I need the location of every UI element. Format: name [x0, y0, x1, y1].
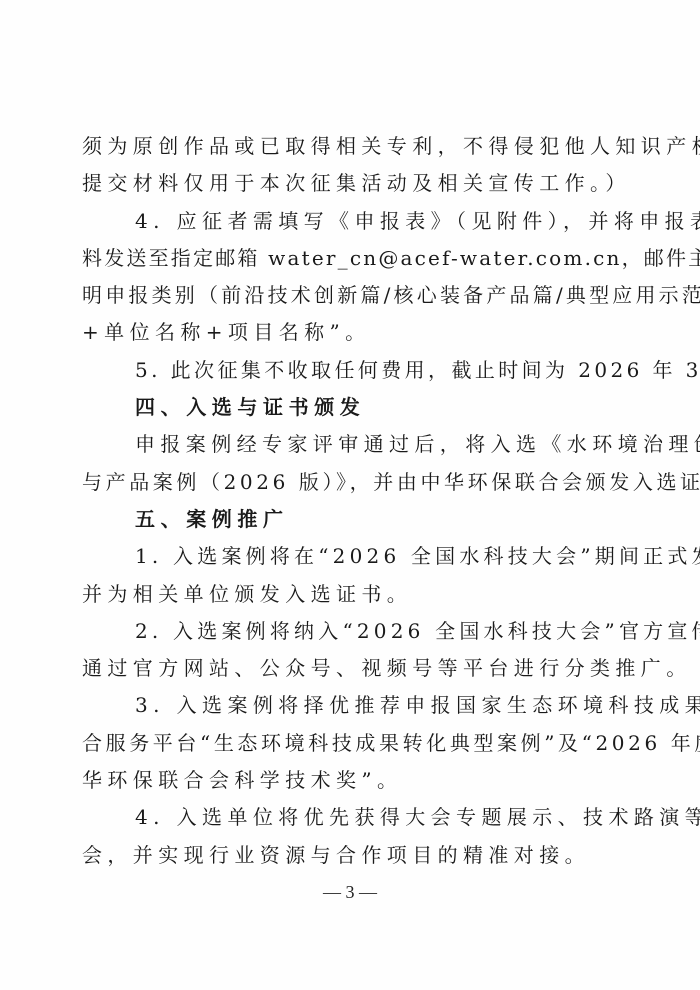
text-line: 会，并实现行业资源与合作项目的精准对接。 [82, 837, 622, 874]
text-line: 5. 此次征集不收取任何费用，截止时间为 2026 年 3 月 31 日。 [82, 352, 622, 389]
text-line: 合服务平台“生态环境科技成果转化典型案例”及“2026 年度中 [82, 725, 622, 762]
text-line: 4. 入选单位将优先获得大会专题展示、技术路演等推广机 [82, 799, 622, 836]
section-heading-4: 四、入选与证书颁发 [82, 389, 622, 426]
text-line-email: 料发送至指定邮箱 water_cn@acef-water.com.cn，邮件主题… [82, 240, 622, 277]
document-body: 须为原创作品或已取得相关专利，不得侵犯他人知识产权，所有 提交材料仅用于本次征集… [82, 128, 622, 874]
text-line: +单位名称+项目名称”。 [82, 314, 622, 351]
text-line: 华环保联合会科学技术奖”。 [82, 762, 622, 799]
text-line: 与产品案例（2026 版）》，并由中华环保联合会颁发入选证书。 [82, 464, 622, 501]
text-line: 通过官方网站、公众号、视频号等平台进行分类推广。 [82, 650, 622, 687]
page-number: — 3 — [0, 882, 700, 903]
text-line: 明申报类别（前沿技术创新篇/核心装备产品篇/典型应用示范篇） [82, 277, 622, 314]
text-line: 4. 应征者需填写《申报表》（见附件），并将申报表及相关资 [82, 203, 622, 240]
text-line: 申报案例经专家评审通过后，将入选《水环境治理创新技术 [82, 426, 622, 463]
text-line: 3. 入选案例将择优推荐申报国家生态环境科技成果转化综 [82, 687, 622, 724]
section-heading-5: 五、案例推广 [82, 501, 622, 538]
document-page: 须为原创作品或已取得相关专利，不得侵犯他人知识产权，所有 提交材料仅用于本次征集… [0, 0, 700, 990]
text-line: 2. 入选案例将纳入“2026 全国水科技大会”官方宣传矩阵， [82, 613, 622, 650]
text-line: 须为原创作品或已取得相关专利，不得侵犯他人知识产权，所有 [82, 128, 622, 165]
text-line: 并为相关单位颁发入选证书。 [82, 576, 622, 613]
text-line: 提交材料仅用于本次征集活动及相关宣传工作。） [82, 165, 622, 202]
text-line: 1. 入选案例将在“2026 全国水科技大会”期间正式发布， [82, 538, 622, 575]
